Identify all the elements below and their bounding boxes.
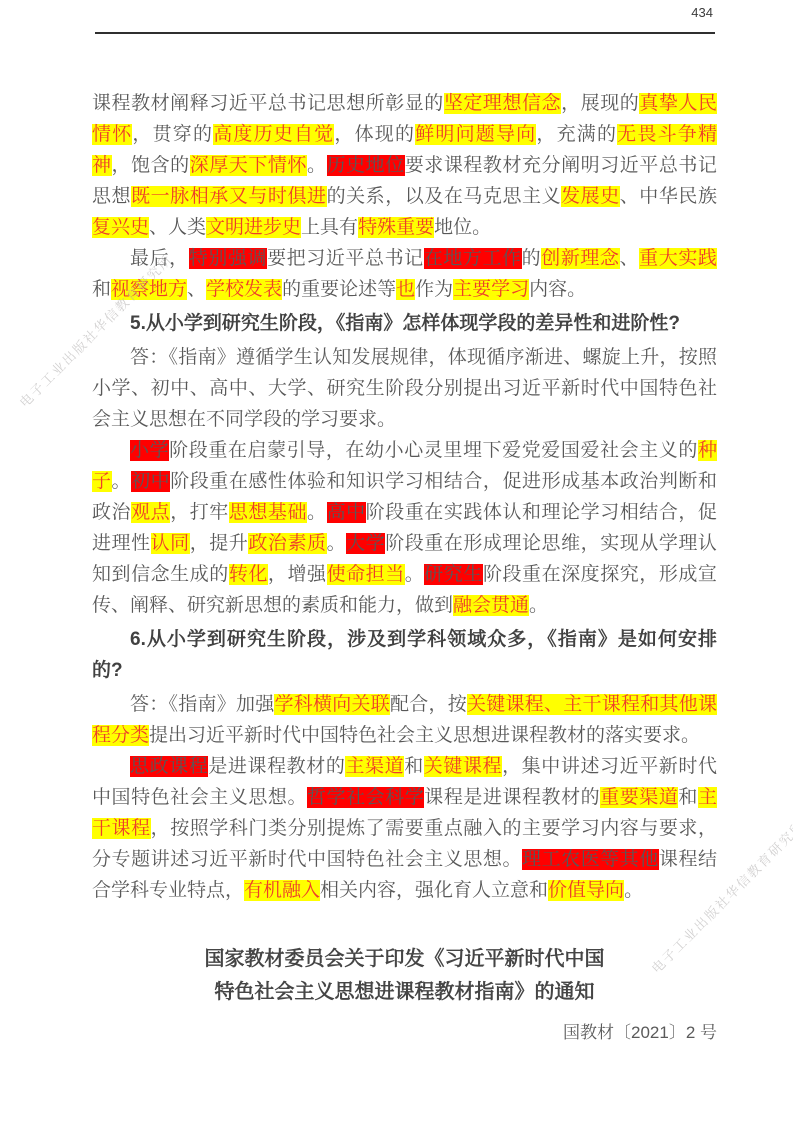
paragraph: 答：《指南》遵循学生认知发展规律，体现循序渐进、螺旋上升，按照小学、初中、高中、… <box>92 342 717 435</box>
yellow-highlighted-text: 高度历史自觉 <box>213 124 334 145</box>
text-run: 的 <box>522 248 542 269</box>
yellow-highlighted-text: 价值导向 <box>548 880 624 901</box>
yellow-highlighted-text: 转化 <box>229 564 268 585</box>
text-run: 、 <box>620 248 640 269</box>
red-highlighted-text: 高中 <box>327 502 366 523</box>
text-run: 和 <box>404 756 424 777</box>
bold-text: 6.从小学到研究生阶段，涉及到学科领域众多，《指南》是如何安排的? <box>92 629 717 681</box>
text-run: 。 <box>307 155 327 176</box>
yellow-highlighted-text: 文明进步史 <box>206 217 301 238</box>
text-run: 相关内容，强化育人立意和 <box>320 880 548 901</box>
yellow-highlighted-text: 特殊重要 <box>358 217 434 238</box>
text-run: 。 <box>112 471 132 492</box>
yellow-highlighted-text: 重大实践 <box>639 248 717 269</box>
yellow-highlighted-text: 重要渠道 <box>600 787 678 808</box>
red-highlighted-text: 研究生 <box>424 564 483 585</box>
yellow-highlighted-text: 主要学习 <box>453 279 529 300</box>
text-run: 要把习近平总书记 <box>267 248 424 269</box>
red-highlighted-text: 在地方工作 <box>424 248 522 269</box>
paragraph: 思政课程是进课程教材的主渠道和关键课程，集中讲述习近平新时代中国特色社会主义思想… <box>92 751 717 906</box>
question-heading: 6.从小学到研究生阶段，涉及到学科领域众多，《指南》是如何安排的? <box>92 624 717 686</box>
document-number: 国教材〔2021〕2 号 <box>92 1018 717 1043</box>
text-run: ，充满的 <box>536 124 617 145</box>
yellow-highlighted-text: 既一脉相承又与时俱进 <box>131 186 326 207</box>
yellow-highlighted-text: 使命担当 <box>327 564 405 585</box>
yellow-highlighted-text: 观点 <box>131 502 170 523</box>
yellow-highlighted-text: 政治素质 <box>248 533 326 554</box>
text-run: 是进课程教材的 <box>208 756 345 777</box>
text-run: ，打牢 <box>170 502 229 523</box>
yellow-highlighted-text: 思想基础 <box>229 502 307 523</box>
red-highlighted-text: 哲学社会科学 <box>307 787 424 808</box>
text-run: 内容。 <box>529 279 586 300</box>
yellow-highlighted-text: 学科横向关联 <box>274 694 390 715</box>
text-run: ，增强 <box>268 564 327 585</box>
red-highlighted-text: 特别强调 <box>189 248 267 269</box>
paragraph: 最后，特别强调要把习近平总书记在地方工作的创新理念、重大实践和视察地方、学校发表… <box>92 243 717 305</box>
notice-title: 国家教材委员会关于印发《习近平新时代中国 特色社会主义思想进课程教材指南》的通知 <box>92 943 717 1009</box>
yellow-highlighted-text: 复兴史 <box>92 217 149 238</box>
text-run: 提出习近平新时代中国特色社会主义思想进课程教材的落实要求。 <box>149 725 700 746</box>
text-run: 。 <box>624 880 643 901</box>
text-run: 阶段重在启蒙引导，在幼小心灵里埋下爱党爱国爱社会主义的 <box>169 440 698 461</box>
yellow-highlighted-text: 有机融入 <box>244 880 320 901</box>
text-run: 地位。 <box>434 217 491 238</box>
text-run: 作为 <box>415 279 453 300</box>
text-run: ，饱含的 <box>112 155 190 176</box>
text-run: 、中华民族 <box>620 186 717 207</box>
red-highlighted-text: 初中 <box>131 471 170 492</box>
yellow-highlighted-text: 关键课程 <box>424 756 502 777</box>
text-run: 的关系，以及在马克思主义 <box>327 186 562 207</box>
yellow-highlighted-text: 鲜明问题导向 <box>415 124 536 145</box>
yellow-highlighted-text: 坚定理想信念 <box>444 93 561 114</box>
question-heading: 5.从小学到研究生阶段，《指南》怎样体现学段的差异性和进阶性? <box>92 308 717 339</box>
text-run: 。 <box>307 502 327 523</box>
header-rule <box>95 32 715 34</box>
text-run: 答：《指南》遵循学生认知发展规律，体现循序渐进、螺旋上升，按照小学、初中、高中、… <box>92 347 717 430</box>
text-run: 和 <box>92 279 111 300</box>
text-run: 最后， <box>130 248 189 269</box>
yellow-highlighted-text: 深厚天下情怀 <box>190 155 307 176</box>
yellow-highlighted-text: 融会贯通 <box>453 595 529 616</box>
document-body: 课程教材阐释习近平总书记思想所彰显的坚定理想信念，展现的真挚人民情怀，贯穿的高度… <box>92 88 717 906</box>
text-run: ，贯穿的 <box>132 124 213 145</box>
page-number: 434 <box>691 5 713 20</box>
text-run: 。 <box>405 564 425 585</box>
text-run: ，体现的 <box>334 124 415 145</box>
red-highlighted-text: 大学 <box>346 533 385 554</box>
document-page: 434 课程教材阐释习近平总书记思想所彰显的坚定理想信念，展现的真挚人民情怀，贯… <box>0 0 793 1122</box>
red-highlighted-text: 思政课程 <box>130 756 208 777</box>
paragraph: 小学阶段重在启蒙引导，在幼小心灵里埋下爱党爱国爱社会主义的种子。初中阶段重在感性… <box>92 435 717 621</box>
text-run: 配合，按 <box>390 694 467 715</box>
yellow-highlighted-text: 视察地方 <box>111 279 187 300</box>
text-run: 的重要论述等 <box>282 279 396 300</box>
red-highlighted-text: 历史地位 <box>327 155 405 176</box>
document-content: 课程教材阐释习近平总书记思想所彰显的坚定理想信念，展现的真挚人民情怀，贯穿的高度… <box>92 88 717 1043</box>
yellow-highlighted-text: 主渠道 <box>345 756 404 777</box>
red-highlighted-text: 理工农医等其他 <box>522 849 659 870</box>
yellow-highlighted-text: 也 <box>396 279 415 300</box>
notice-title-line-2: 特色社会主义思想进课程教材指南》的通知 <box>92 976 717 1009</box>
text-run: 、人类 <box>149 217 206 238</box>
red-highlighted-text: 小学 <box>130 440 169 461</box>
text-run: 课程是进课程教材的 <box>424 787 600 808</box>
notice-title-line-1: 国家教材委员会关于印发《习近平新时代中国 <box>92 943 717 976</box>
text-run: 、 <box>187 279 206 300</box>
yellow-highlighted-text: 发展史 <box>561 186 620 207</box>
text-run: 。 <box>529 595 548 616</box>
yellow-highlighted-text: 创新理念 <box>541 248 619 269</box>
text-run: 上具有 <box>301 217 358 238</box>
yellow-highlighted-text: 认同 <box>151 533 190 554</box>
text-run: 答：《指南》加强 <box>130 694 274 715</box>
text-run: ，提升 <box>190 533 249 554</box>
paragraph: 课程教材阐释习近平总书记思想所彰显的坚定理想信念，展现的真挚人民情怀，贯穿的高度… <box>92 88 717 243</box>
text-run: 和 <box>678 787 698 808</box>
paragraph: 答：《指南》加强学科横向关联配合，按关键课程、主干课程和其他课程分类提出习近平新… <box>92 689 717 751</box>
text-run: 课程教材阐释习近平总书记思想所彰显的 <box>92 93 444 114</box>
text-run: 。 <box>327 533 347 554</box>
yellow-highlighted-text: 学校发表 <box>206 279 282 300</box>
text-run: ，展现的 <box>561 93 639 114</box>
bold-text: 5.从小学到研究生阶段，《指南》怎样体现学段的差异性和进阶性? <box>130 313 680 334</box>
